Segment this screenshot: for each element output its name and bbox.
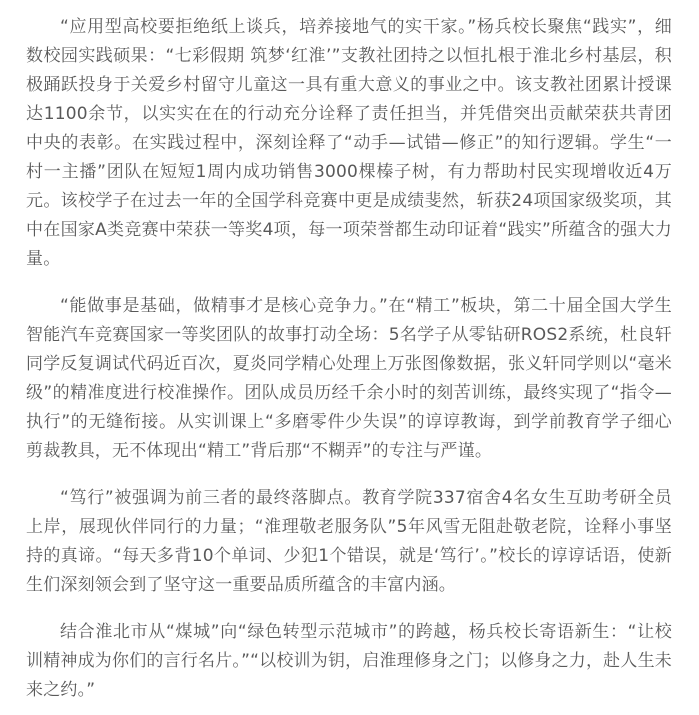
paragraph-jinggong: “能做事是基础，做精事才是核心竞争力。”在“精工”板块，第二十届全国大学生智能汽… — [26, 292, 672, 466]
document-page: “应用型高校要拒绝纸上谈兵，培养接地气的实干家。”杨兵校长聚焦“践实”，细数校园… — [0, 0, 699, 715]
paragraph-duxing: “笃行”被强调为前三者的最终落脚点。教育学院337宿舍4名女生互助考研全员上岸，… — [26, 484, 672, 600]
article-body: “应用型高校要拒绝纸上谈兵，培养接地气的实干家。”杨兵校长聚焦“践实”，细数校园… — [26, 13, 672, 705]
paragraph-jianshi: “应用型高校要拒绝纸上谈兵，培养接地气的实干家。”杨兵校长聚焦“践实”，细数校园… — [26, 13, 672, 274]
paragraph-conclusion: 结合淮北市从“煤城”向“绿色转型示范城市”的跨越，杨兵校长寄语新生：“让校训精神… — [26, 618, 672, 705]
